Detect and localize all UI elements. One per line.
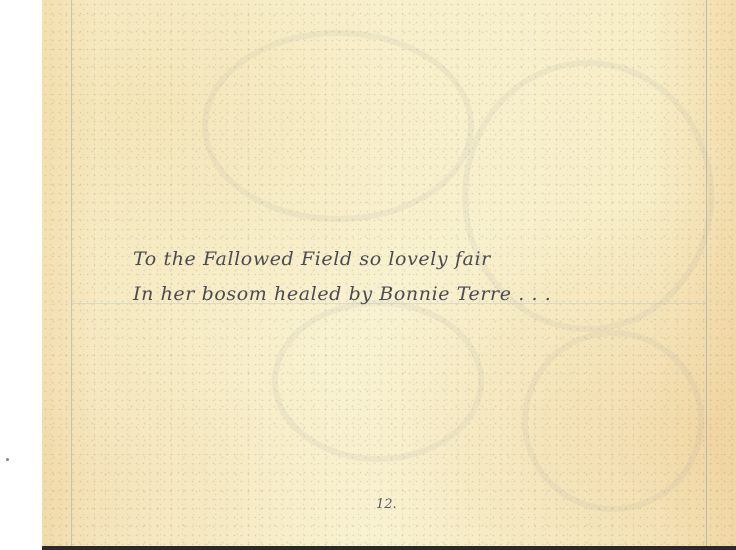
paper-page: [42, 0, 736, 546]
page-number: 12.: [376, 497, 397, 512]
stray-mark: [6, 458, 9, 461]
show-through-shape: [202, 30, 474, 222]
scan-bottom-edge: [42, 546, 736, 550]
show-through-shape: [522, 330, 704, 512]
handwritten-line-2: In her bosom healed by Bonnie Terre . . …: [133, 283, 551, 305]
scan-white-margin: [0, 0, 42, 550]
handwritten-line-1: To the Fallowed Field so lovely fair: [133, 248, 491, 270]
show-through-shape: [272, 300, 484, 462]
left-margin-line: [71, 0, 72, 546]
right-margin-line: [706, 0, 707, 546]
